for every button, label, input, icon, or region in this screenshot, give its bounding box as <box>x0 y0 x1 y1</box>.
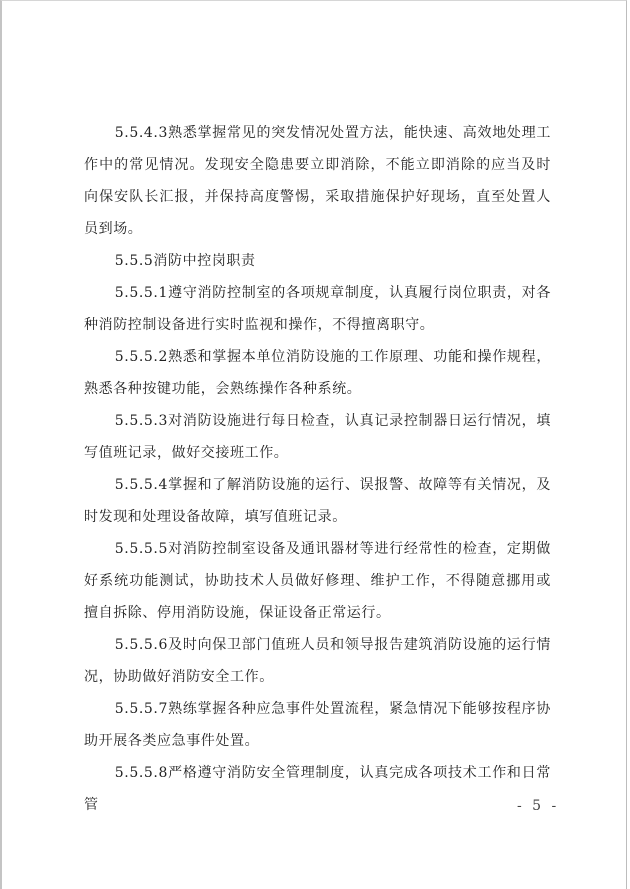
paragraph-5-5-5-6: 5.5.5.6及时向保卫部门值班人员和领导报告建筑消防设施的运行情况，协助做好消… <box>84 629 551 693</box>
section-heading-5-5-5: 5.5.5消防中控岗职责 <box>84 245 551 277</box>
paragraph-5-5-5-4: 5.5.5.4掌握和了解消防设施的运行、误报警、故障等有关情况，及时发现和处理设… <box>84 469 551 533</box>
paragraph-5-5-5-2: 5.5.5.2熟悉和掌握本单位消防设施的工作原理、功能和操作规程，熟悉各种按键功… <box>84 341 551 405</box>
paragraph-5-5-5-7: 5.5.5.7熟练掌握各种应急事件处置流程，紧急情况下能够按程序协助开展各类应急… <box>84 693 551 757</box>
paragraph-5-5-5-1: 5.5.5.1遵守消防控制室的各项规章制度，认真履行岗位职责，对各种消防控制设备… <box>84 277 551 341</box>
paragraph-5-5-5-3: 5.5.5.3对消防设施进行每日检查，认真记录控制器日运行情况，填写值班记录，做… <box>84 405 551 469</box>
paragraph-5-5-4-3: 5.5.4.3熟悉掌握常见的突发情况处置方法，能快速、高效地处理工作中的常见情况… <box>84 117 551 245</box>
paragraph-5-5-5-8: 5.5.5.8严格遵守消防安全管理制度，认真完成各项技术工作和日常管 <box>84 757 551 821</box>
document-body: 5.5.4.3熟悉掌握常见的突发情况处置方法，能快速、高效地处理工作中的常见情况… <box>84 117 551 821</box>
paragraph-5-5-5-5: 5.5.5.5对消防控制室设备及通讯器材等进行经常性的检查，定期做好系统功能测试… <box>84 533 551 629</box>
document-page: 5.5.4.3熟悉掌握常见的突发情况处置方法，能快速、高效地处理工作中的常见情况… <box>0 0 627 889</box>
page-number: - 5 - <box>517 798 559 814</box>
